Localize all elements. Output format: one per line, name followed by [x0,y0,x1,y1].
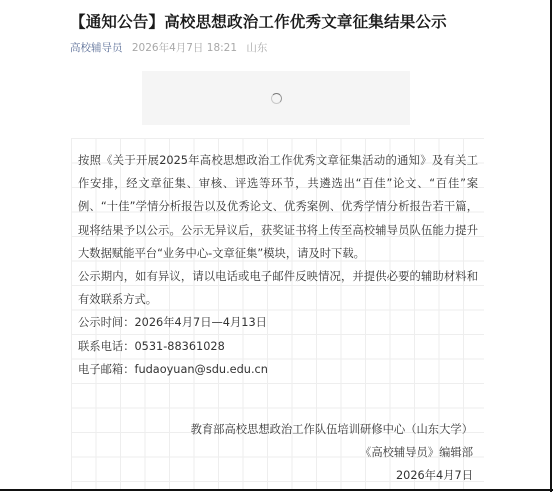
contact-email: 电子邮箱：fudaoyuan@sdu.edu.cn [78,358,478,381]
author-link[interactable]: 高校辅导员 [70,42,123,54]
article-body: 按照《关于开展2025年高校思想政治工作优秀文章征集活动的通知》及有关工作安排，… [78,149,478,381]
publish-location: 山东 [246,42,267,54]
signature-org: 教育部高校思想政治工作队伍培训研修中心（山东大学） [191,418,473,441]
media-placeholder [142,71,410,125]
notice-period: 公示时间：2026年4月7日—4月13日 [78,311,478,334]
article-title: 【通知公告】高校思想政治工作优秀文章征集结果公示 [70,10,447,32]
publish-datetime: 2026年4月7日 18:21 [132,42,237,54]
frame-border-bottom [0,489,553,491]
article-meta: 高校辅导员 2026年4月7日 18:21 山东 [70,40,267,55]
signature-dept: 《高校辅导员》编辑部 [191,441,473,464]
signature-date: 2026年4月7日 [191,464,473,487]
contact-phone: 联系电话：0531-88361028 [78,335,478,358]
body-paragraph: 公示期内，如有异议，请以电话或电子邮件反映情况，并提供必要的辅助材料和有效联系方… [78,265,478,311]
signature-block: 教育部高校思想政治工作队伍培训研修中心（山东大学） 《高校辅导员》编辑部 202… [191,418,473,487]
body-paragraph: 按照《关于开展2025年高校思想政治工作优秀文章征集活动的通知》及有关工作安排，… [78,149,478,265]
frame-border-right [550,0,552,492]
loading-spinner-icon [271,93,282,104]
